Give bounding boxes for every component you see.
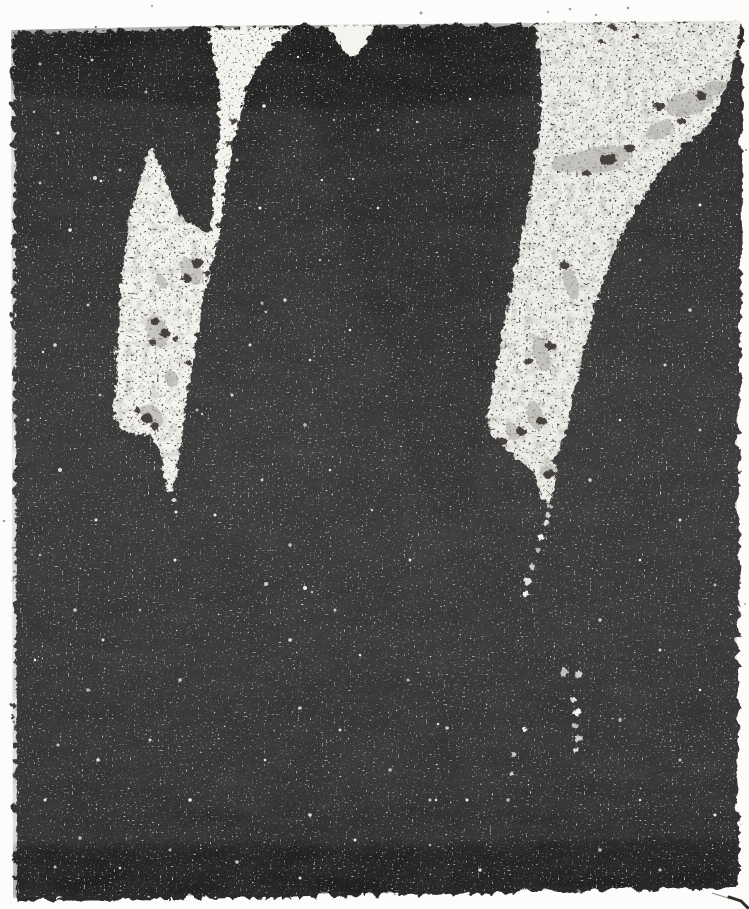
trail-dot [573, 708, 580, 715]
trail-dot [521, 590, 527, 596]
trail-dot [559, 667, 567, 675]
speckle-dot [664, 364, 667, 367]
speckle-dot [303, 423, 307, 427]
speckle-dot [261, 479, 264, 482]
page-mark-dot [569, 8, 572, 11]
speckle-dot [149, 739, 152, 742]
speckle-dot [311, 591, 314, 594]
speckle-dot [377, 129, 380, 132]
speckle-dot [188, 798, 192, 802]
speckle-dot [506, 798, 510, 802]
speckle-dot [25, 246, 28, 249]
speckle-dot [39, 63, 42, 66]
speckle-dot [283, 298, 287, 302]
page-mark-dot [3, 520, 5, 522]
speckle-dot [145, 91, 148, 94]
speckle-dot [298, 706, 302, 710]
speckle-dot [119, 867, 122, 870]
speckle-dot [262, 104, 266, 108]
speckle-dot [214, 514, 217, 517]
speckle-dot [288, 543, 292, 547]
speckle-dot [139, 609, 142, 612]
trail-dot [547, 503, 552, 508]
speckle-dot [53, 343, 57, 347]
speckle-dot [619, 419, 622, 422]
speckle-dot [237, 62, 240, 65]
speckle-dot [264, 759, 267, 762]
speckle-dot [178, 678, 182, 682]
speckle-dot [714, 814, 717, 817]
speckle-dot [33, 111, 35, 113]
speckle-dot [371, 509, 374, 512]
speckle-dot [73, 608, 77, 612]
trail-dot [571, 721, 577, 727]
trail-dot [508, 770, 512, 774]
speckle-dot [249, 344, 252, 347]
speckle-dot [78, 836, 82, 840]
speckle-dot [236, 159, 239, 162]
speckle-dot [639, 259, 642, 262]
speckle-dot [466, 799, 469, 802]
speckle-dot [429, 844, 432, 847]
speckle-dot [334, 609, 337, 612]
page-mark-dot [595, 14, 597, 16]
speckle-dot [196, 409, 199, 412]
speckle-dot [321, 179, 323, 181]
speckle-dot [639, 559, 642, 562]
trail-dot [573, 747, 578, 752]
speckle-dot [119, 169, 122, 172]
speckle-dot [349, 329, 352, 332]
trail-dot [528, 563, 534, 569]
photo-plate [8, 18, 742, 902]
speckle-dot [329, 469, 332, 472]
speckle-dot [659, 869, 662, 872]
scanned-page [0, 0, 749, 909]
speckle-dot [352, 178, 354, 180]
speckle-dot [598, 848, 602, 852]
trail-dot [521, 726, 526, 731]
speckle-dot [429, 799, 432, 802]
halftone-photograph-figure [0, 0, 749, 909]
speckle-dot [201, 413, 203, 415]
trail-dot [534, 547, 539, 552]
speckle-dot [437, 723, 440, 726]
speckle-dot [354, 839, 357, 842]
speckle-dot [175, 511, 178, 514]
speckle-dot [679, 519, 682, 522]
page-mark-dot [420, 12, 423, 15]
speckle-dot [95, 519, 98, 522]
speckle-dot [409, 559, 412, 562]
speckle-dot [699, 689, 702, 692]
speckle-dot [265, 311, 267, 313]
speckle-dot [407, 679, 410, 682]
speckle-dot [44, 799, 47, 802]
speckle-dot [96, 758, 100, 762]
trail-dot [524, 577, 531, 584]
trail-dot [574, 734, 581, 741]
speckle-dot [699, 429, 702, 432]
speckle-dot [39, 182, 42, 185]
speckle-dot [639, 799, 642, 802]
speckle-dot [377, 207, 380, 210]
speckle-dot [91, 59, 94, 62]
speckle-dot [659, 649, 662, 652]
speckle-dot [319, 259, 322, 262]
speckle-dot [359, 654, 362, 657]
page-mark-dot [547, 11, 549, 13]
trail-dot [537, 533, 543, 539]
speckle-dot [308, 813, 312, 817]
speckle-dot [679, 759, 682, 762]
speckle-dot [714, 584, 717, 587]
speckle-dot [68, 228, 72, 232]
speckle-dot [93, 176, 97, 180]
page-mark-dot [627, 7, 629, 9]
speckle-dot [58, 468, 62, 472]
speckle-dot [299, 877, 302, 880]
speckle-dot [218, 152, 222, 156]
speckle-dot [699, 204, 702, 207]
speckle-dot [57, 132, 60, 135]
speckle-dot [27, 419, 30, 422]
speckle-dot [231, 394, 234, 397]
speckle-dot [309, 359, 312, 362]
speckle-dot [261, 302, 264, 305]
trail-dot [510, 751, 514, 755]
speckle-dot [264, 582, 268, 586]
page-mark-dot [745, 149, 747, 151]
speckle-dot [259, 207, 262, 210]
speckle-dot [416, 121, 418, 123]
speckle-dot [435, 799, 438, 802]
speckle-dot [100, 180, 103, 183]
speckle-dot [169, 849, 172, 852]
speckle-dot [54, 866, 57, 869]
speckle-dot [688, 308, 692, 312]
speckle-dot [172, 498, 176, 502]
speckle-dot [333, 119, 335, 121]
speckle-dot [445, 726, 449, 730]
page-mark-dot [151, 5, 153, 7]
speckle-dot [297, 56, 299, 58]
speckle-dot [288, 638, 292, 642]
trail-dot [542, 519, 548, 525]
speckle-dot [42, 351, 44, 353]
speckle-dot [102, 639, 105, 642]
speckle-dot [598, 618, 602, 622]
page-mark-dot [744, 603, 746, 605]
speckle-dot [224, 157, 226, 159]
speckle-dot [39, 554, 42, 557]
speckle-dot [303, 586, 307, 590]
speckle-dot [469, 98, 472, 101]
trail-dot [569, 695, 575, 701]
speckle-dot [34, 659, 37, 662]
speckle-dot [235, 860, 239, 864]
speckle-dot [478, 868, 482, 872]
speckle-dot [618, 718, 622, 722]
speckle-dot [174, 559, 177, 562]
speckle-dot [588, 478, 592, 482]
speckle-dot [86, 688, 90, 692]
trail-dot [574, 670, 581, 677]
speckle-dot [57, 744, 60, 747]
trail-dot [545, 512, 549, 516]
speckle-dot [87, 304, 90, 307]
speckle-dot [388, 768, 392, 772]
speckle-dot [339, 729, 342, 732]
speckle-dot [99, 394, 102, 397]
